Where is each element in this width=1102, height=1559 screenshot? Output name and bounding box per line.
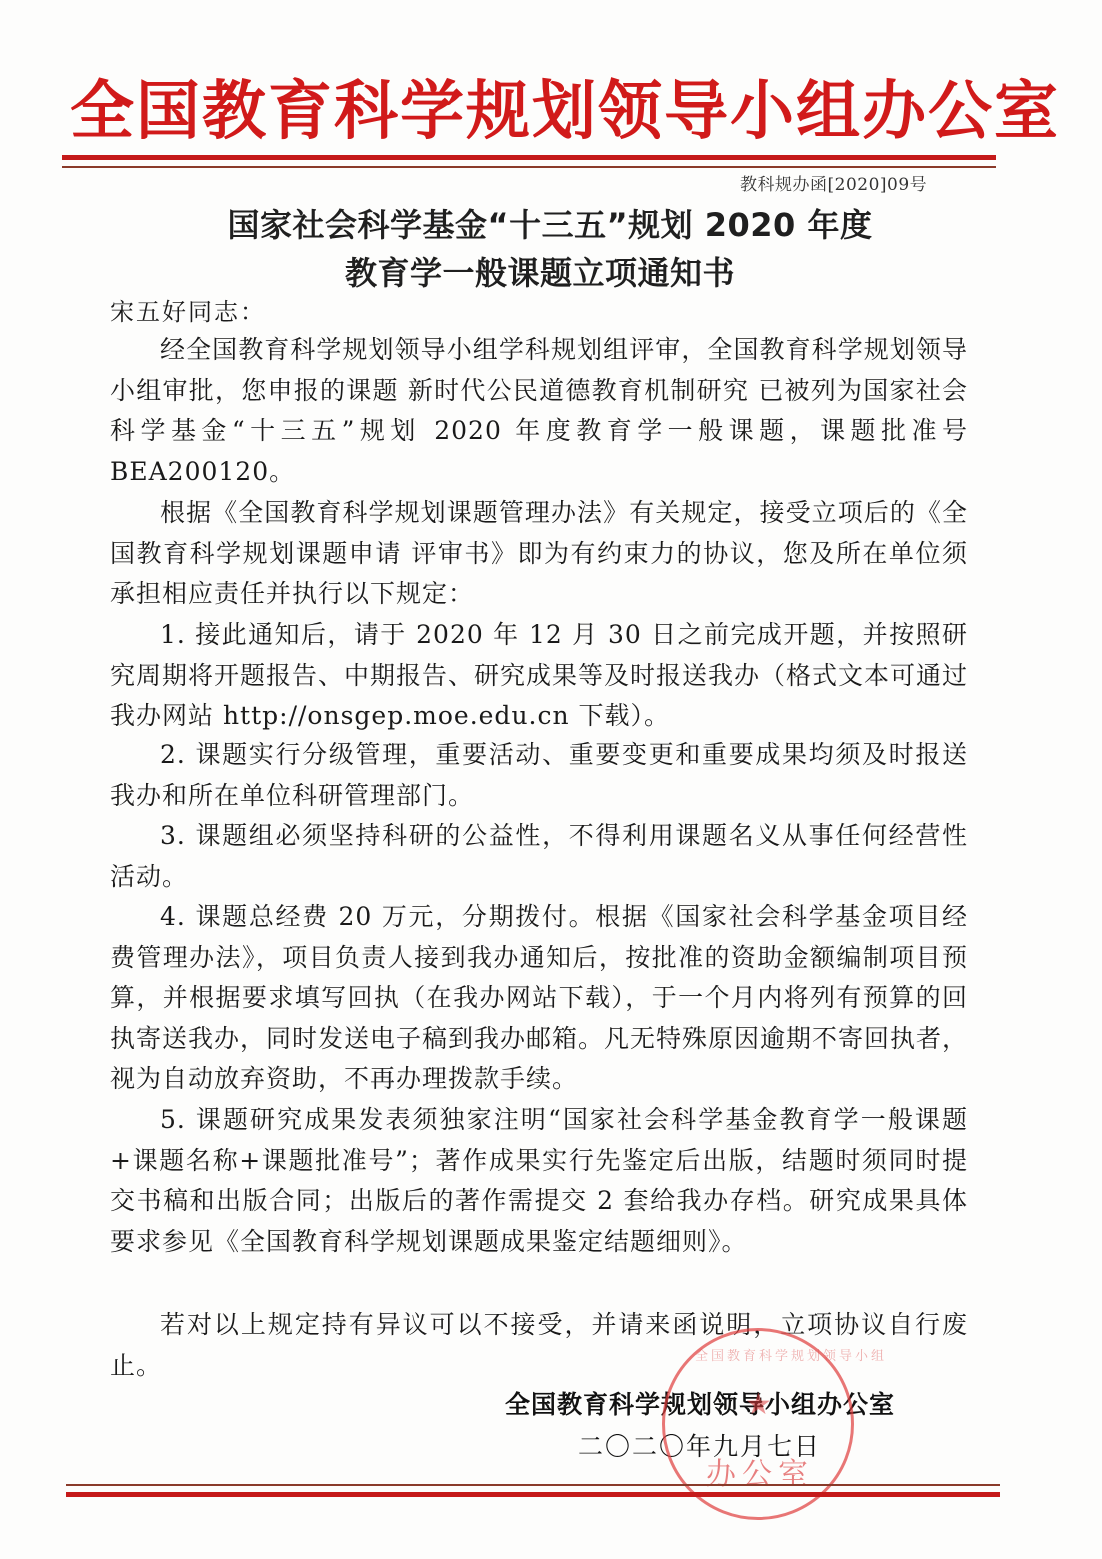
document-title-line2: 教育学一般课题立项通知书: [90, 248, 990, 294]
paragraph-item-5: 5. 课题研究成果发表须独家注明“国家社会科学基金教育学一般课题+课题名称+课题…: [110, 1100, 968, 1262]
document-number: 教科规办函[2020]09号: [740, 170, 927, 195]
salutation: 宋五好同志：: [110, 292, 266, 327]
footer-rule-thin: [66, 1484, 1000, 1486]
header-rule-thin: [62, 166, 996, 168]
document-title-line1: 国家社会科学基金“十三五”规划 2020 年度: [100, 200, 1000, 246]
paragraph-text: 4. 课题总经费 20 万元，分期拨付。根据《国家社会科学基金项目经费管理办法》…: [110, 897, 968, 1100]
paragraph-item-1: 1. 接此通知后，请于 2020 年 12 月 30 日之前完成开题，并按照研究…: [110, 615, 968, 737]
paragraph-text: 经全国教育科学规划领导小组学科规划组评审，全国教育科学规划领导小组审批，您申报的…: [110, 330, 968, 492]
signature-org: 全国教育科学规划领导小组办公室: [505, 1385, 895, 1421]
paragraph-text: 根据《全国教育科学规划课题管理办法》有关规定，接受立项后的《全国教育科学规划课题…: [110, 493, 968, 615]
signature-date: 二〇二〇年九月七日: [578, 1427, 821, 1463]
paragraph-text: 5. 课题研究成果发表须独家注明“国家社会科学基金教育学一般课题+课题名称+课题…: [110, 1100, 968, 1262]
paragraph-item-2: 2. 课题实行分级管理，重要活动、重要变更和重要成果均须及时报送我办和所在单位科…: [110, 735, 968, 816]
footer-rule-thick: [66, 1492, 1000, 1497]
paragraph-item-3: 3. 课题组必须坚持科研的公益性，不得利用课题名义从事任何经营性活动。: [110, 816, 968, 897]
header-rule-thick: [62, 155, 996, 160]
paragraph-intro: 经全国教育科学规划领导小组学科规划组评审，全国教育科学规划领导小组审批，您申报的…: [110, 330, 968, 492]
paragraph-text: 2. 课题实行分级管理，重要活动、重要变更和重要成果均须及时报送我办和所在单位科…: [110, 735, 968, 816]
paragraph-text: 3. 课题组必须坚持科研的公益性，不得利用课题名义从事任何经营性活动。: [110, 816, 968, 897]
letterhead-org-name: 全国教育科学规划领导小组办公室: [70, 72, 1030, 152]
paragraph-item-4: 4. 课题总经费 20 万元，分期拨付。根据《国家社会科学基金项目经费管理办法》…: [110, 897, 968, 1100]
paragraph-text: 1. 接此通知后，请于 2020 年 12 月 30 日之前完成开题，并按照研究…: [110, 615, 968, 737]
paragraph-text: 若对以上规定持有异议可以不接受，并请来函说明，立项协议自行废止。: [110, 1305, 968, 1386]
notice-document: 全国教育科学规划领导小组办公室 教科规办函[2020]09号 国家社会科学基金“…: [0, 0, 1102, 1559]
paragraph-closing: 若对以上规定持有异议可以不接受，并请来函说明，立项协议自行废止。: [110, 1305, 968, 1386]
paragraph-regulations: 根据《全国教育科学规划课题管理办法》有关规定，接受立项后的《全国教育科学规划课题…: [110, 493, 968, 615]
